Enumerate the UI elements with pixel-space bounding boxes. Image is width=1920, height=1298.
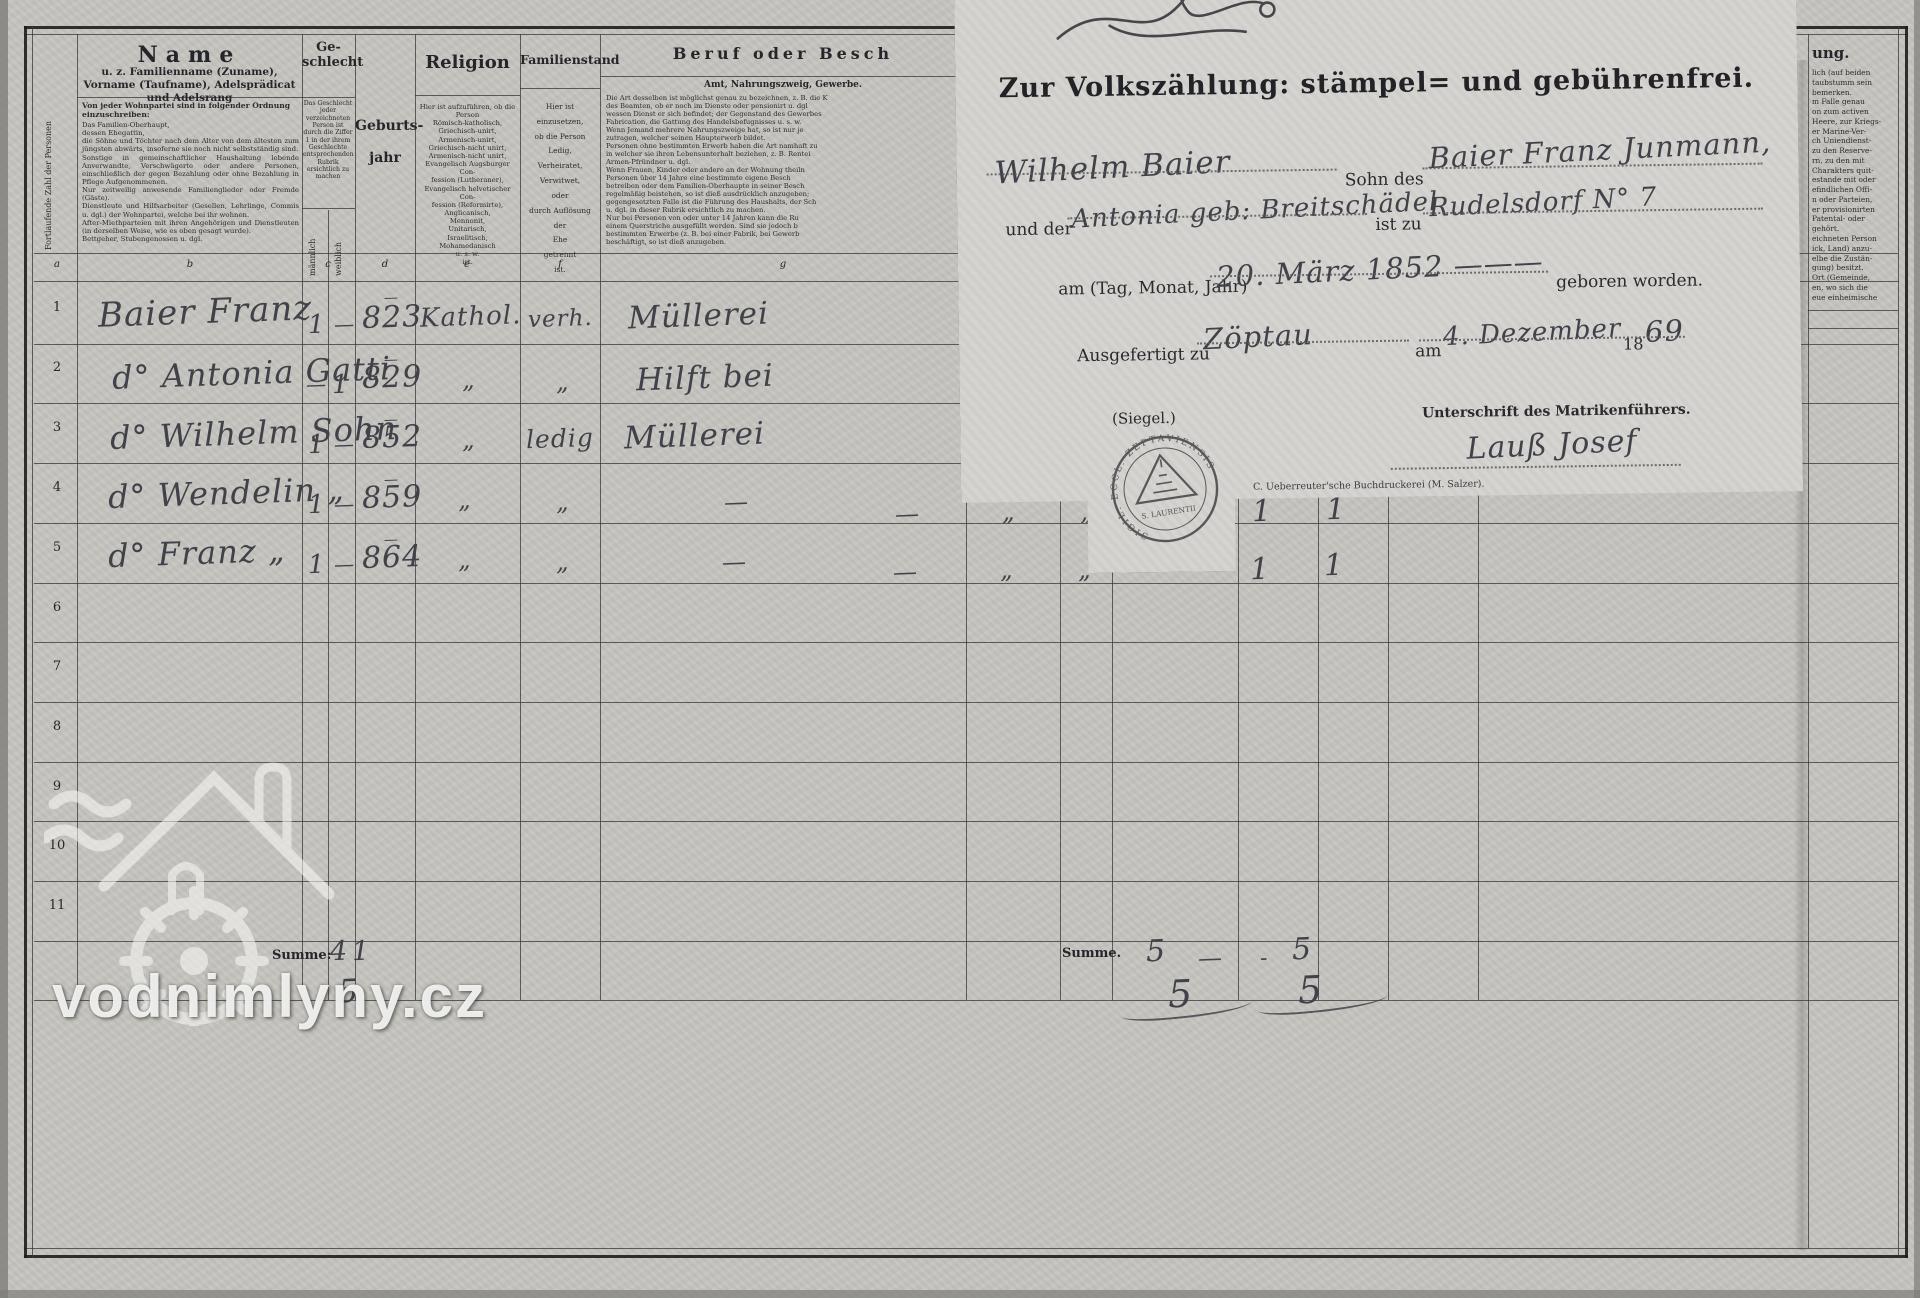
scan-edge-right xyxy=(1914,0,1920,1298)
summe-label-mid: Summe. xyxy=(1062,946,1121,961)
birth-certificate-overlay: Zur Volkszählung: stämpel= und gebührenf… xyxy=(954,0,1804,575)
summe-cell: 5 xyxy=(1291,932,1312,968)
entry-religion: Kathol. xyxy=(420,300,522,334)
name-column-subtitle: u. z. Familienname (Zuname), Vorname (Ta… xyxy=(80,66,299,105)
entry-sex-female: — xyxy=(334,552,356,577)
seal-label: (Siegel.) xyxy=(1112,409,1176,428)
entry-sex-male: 1 xyxy=(307,550,326,581)
entry-mark: 1 xyxy=(1249,552,1270,588)
seal-inner-text: S. LAURENTII xyxy=(1141,504,1197,521)
row-number: 3 xyxy=(44,420,70,435)
scanned-census-sheet: Fortlaufende Zahl der Personen Name u. z… xyxy=(0,0,1920,1298)
certificate-issue-date: 4. Dezember xyxy=(1442,314,1622,353)
entry-sex-male: — xyxy=(306,372,328,397)
column-letter-b: b xyxy=(170,259,210,270)
entry-sex-female: 1 xyxy=(331,370,350,401)
entry-birth-year: 829 xyxy=(361,359,422,396)
row-number: 2 xyxy=(44,360,70,375)
entry-sex-female: — xyxy=(334,312,356,337)
sex-column-desc: Das Geschlecht jeder verzeichneten Perso… xyxy=(303,100,353,180)
issued-at-label: Ausgefertigt zu xyxy=(1077,344,1210,366)
and-the-label: und der xyxy=(1005,219,1073,240)
seal-ring-text: SIGIL: ECCL: ZEPTAVIENSIS xyxy=(1102,426,1225,545)
column-letter-d: d xyxy=(365,259,405,270)
column-letter-c: c xyxy=(308,259,348,270)
religion-column-title: Religion xyxy=(415,52,520,73)
entry-sex-male: 1 xyxy=(307,430,326,461)
is-at-label: ist zu xyxy=(1375,214,1422,235)
name-column-instructions: Das Familien-Oberhaupt,dessen Ehegattin,… xyxy=(82,121,299,243)
entry-religion: „ xyxy=(462,366,476,394)
notes-column-text: lich (auf beidentaubstumm seinbemerken.m… xyxy=(1812,68,1896,302)
certificate-birth-date: 20. März 1852 ——— xyxy=(1215,244,1544,294)
church-seal-icon: SIGIL: ECCL: ZEPTAVIENSIS S. LAURENTII xyxy=(1101,425,1229,553)
row-number: 6 xyxy=(44,600,70,615)
name-column-title: Name xyxy=(77,42,302,68)
notes-column-title-fragment: ung. xyxy=(1812,44,1850,62)
certificate-issue-place: Zöptau xyxy=(1202,317,1313,356)
entry-name: Baier Franz xyxy=(97,288,313,335)
entry-sex-male: 1 xyxy=(307,310,326,341)
occupation-column-title: Beruf oder Besch xyxy=(600,44,966,63)
entry-occupation: — xyxy=(724,488,750,517)
sex-column-title: Ge-schlecht xyxy=(302,40,355,70)
entry-status: „ xyxy=(556,548,570,576)
entry-status: ledig xyxy=(526,423,595,454)
pen-flourish-icon xyxy=(1049,0,1290,57)
printer-imprint: C. Ueberreuter'sche Buchdruckerei (M. Sa… xyxy=(1253,479,1485,493)
scan-edge-left xyxy=(0,0,8,1298)
scan-edge-bottom xyxy=(0,1290,1920,1298)
watermark-text: vodnimlyny.cz xyxy=(52,962,487,1031)
entry-occupation: — xyxy=(722,548,748,577)
issued-on-label: am xyxy=(1415,341,1442,361)
entry-occupation: Hilft bei xyxy=(635,358,774,399)
certificate-signature: Lauß Josef xyxy=(1466,423,1639,466)
summe-cell: — xyxy=(1198,944,1224,973)
table-border-right xyxy=(1905,26,1908,1258)
entry-mark: — xyxy=(893,558,919,587)
entry-occupation: Müllerei xyxy=(627,296,769,337)
table-border-bottom xyxy=(24,1255,1908,1258)
certificate-issue-year: 69 xyxy=(1644,313,1685,349)
row-number: 5 xyxy=(44,540,70,555)
occupation-column-instructions: Die Art desselben ist möglichst genau zu… xyxy=(606,94,960,246)
entry-religion: „ xyxy=(462,426,476,454)
occupation-column-subtitle: Amt, Nahrungszweig, Gewerbe. xyxy=(600,80,966,90)
entry-birth-year: 823 xyxy=(361,299,422,336)
row-number: 7 xyxy=(44,659,70,674)
certificate-title: Zur Volkszählung: stämpel= und gebührenf… xyxy=(955,62,1797,105)
religion-column-list: Hier ist aufzuführen, ob diePersonRömisc… xyxy=(417,103,518,266)
family-status-column-title: Familienstand xyxy=(520,52,600,67)
column-letter-a: a xyxy=(44,259,70,270)
name-column-intro: Von jeder Wohnpartei sind in folgender O… xyxy=(82,102,299,120)
summe-cell: - xyxy=(1260,946,1269,971)
entry-religion: „ xyxy=(458,546,472,574)
column-letter-g: g xyxy=(763,259,803,270)
entry-birth-year: 852 xyxy=(361,419,422,456)
entry-mark: — xyxy=(895,500,921,529)
row-number: 1 xyxy=(44,300,70,315)
table-border-left xyxy=(24,26,27,1258)
svg-text:SIGIL: ECCL: ZEPTAVIENSIS: SIGIL: ECCL: ZEPTAVIENSIS xyxy=(1102,426,1225,545)
entry-birth-year: 864 xyxy=(361,539,422,576)
running-number-vertical-label: Fortlaufende Zahl der Personen xyxy=(44,60,53,250)
entry-sex-female: — xyxy=(334,492,356,517)
column-letter-e: e xyxy=(447,259,487,270)
born-label: geboren worden. xyxy=(1556,270,1703,292)
entry-mark: 1 xyxy=(1323,548,1344,584)
summe-cell: 5 xyxy=(1145,934,1166,970)
entry-status: „ xyxy=(556,488,570,516)
entry-mark: „ xyxy=(1000,556,1014,584)
row-number: 4 xyxy=(44,480,70,495)
entry-occupation: Müllerei xyxy=(623,416,765,457)
column-letter-f: f xyxy=(540,259,580,270)
entry-sex-female: — xyxy=(334,432,356,457)
signature-label: Unterschrift des Matrikenführers. xyxy=(1422,402,1691,422)
entry-status: „ xyxy=(556,368,570,396)
entry-name: d° Franz „ xyxy=(107,531,286,575)
entry-sex-male: 1 xyxy=(307,490,326,521)
certificate-child-name: Wilhelm Baier xyxy=(994,144,1231,191)
entry-mark: 1 xyxy=(1251,494,1272,530)
entry-birth-year: 859 xyxy=(361,479,422,516)
birth-year-column-title: Geburts-jahr xyxy=(355,118,415,166)
entry-religion: „ xyxy=(458,486,472,514)
family-status-column-list: Hier ist einzusetzen,ob die PersonLedig,… xyxy=(522,100,598,278)
entry-status: verh. xyxy=(528,305,594,333)
certificate-birthplace: Rudelsdorf N° 7 xyxy=(1429,182,1658,223)
